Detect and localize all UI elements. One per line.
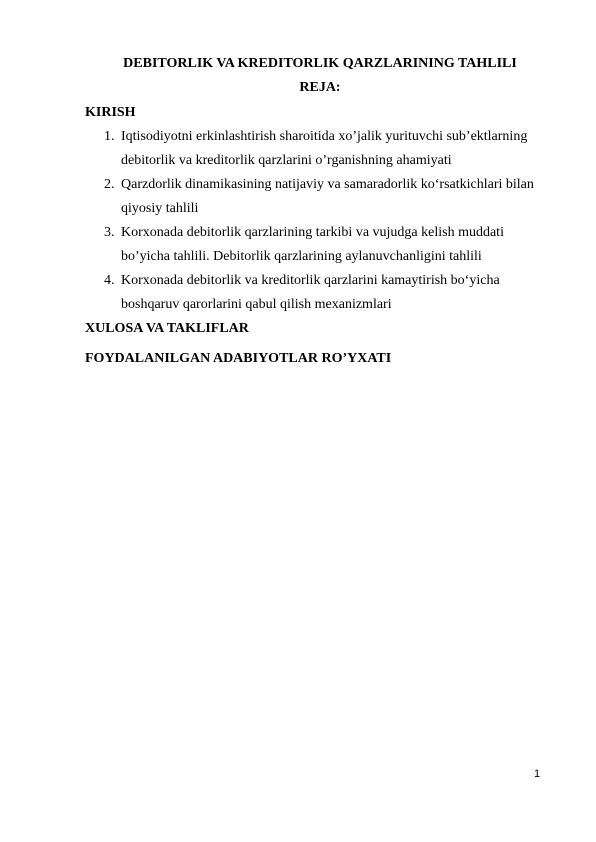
list-item-text: Qarzdorlik dinamikasining natijaviy va s…	[121, 177, 534, 193]
list-item-number: 2.	[104, 177, 115, 193]
page-number: 1	[534, 768, 540, 780]
list-item-number: 1.	[104, 129, 115, 145]
list-item-text: debitorlik va kreditorlik qarzlarini o’r…	[121, 153, 452, 169]
list-item-number: 3.	[104, 225, 115, 241]
list-item-number: 4.	[104, 273, 115, 289]
references-heading: FOYDALANILGAN ADABIYOTLAR RO’YXATI	[85, 351, 391, 367]
document-title: DEBITORLIK VA KREDITORLIK QARZLARINING T…	[0, 56, 596, 72]
list-item-text: Korxonada debitorlik qarzlarining tarkib…	[121, 225, 504, 241]
list-item-text: bo’yicha tahlili. Debitorlik qarzlarinin…	[121, 249, 482, 265]
conclusion-heading: XULOSA VA TAKLIFLAR	[85, 321, 249, 337]
plan-heading: REJA:	[0, 80, 596, 96]
list-item-text: Korxonada debitorlik va kreditorlik qarz…	[121, 273, 500, 289]
document-page: DEBITORLIK VA KREDITORLIK QARZLARINING T…	[0, 0, 596, 842]
list-item-text: Iqtisodiyotni erkinlashtirish sharoitida…	[121, 129, 527, 145]
intro-heading: KIRISH	[85, 105, 136, 121]
list-item-text: boshqaruv qarorlarini qabul qilish mexan…	[121, 297, 392, 313]
list-item-text: qiyosiy tahlili	[121, 201, 198, 217]
